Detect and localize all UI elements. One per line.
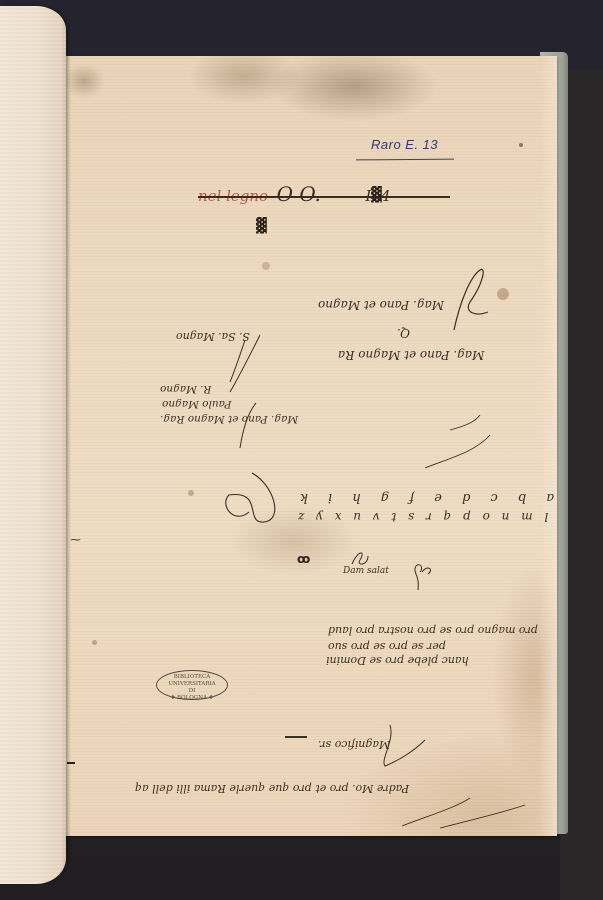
verse-line3: pro magno pro se pro nostra pro laud: [328, 624, 538, 637]
flourish-stroke: [210, 330, 270, 400]
stamp-line2: DI: [157, 688, 227, 695]
foxing-spot: [497, 288, 509, 300]
verse-line1: hanc plebe pro se Domini: [326, 654, 469, 667]
inscription-mid-left2-line1: Mag. Pano et Magno Rag.: [160, 413, 298, 425]
stamp-line3: ✚ BOLOGNA ✚: [157, 695, 227, 702]
inscription-top-right-line2: Q.: [397, 326, 410, 340]
dash-mark: [285, 736, 307, 738]
verse-line2: per se pro se pro suo: [328, 640, 446, 653]
pen-trial-mark: ꝏ: [297, 552, 310, 566]
foxing-spot: [92, 640, 97, 645]
alphabet-line1: a b c d e f g h i k: [292, 490, 554, 505]
flourish-stroke: [440, 262, 490, 337]
pen-trial-flourish: [348, 546, 372, 570]
strike-through-line: [198, 196, 450, 198]
inscription-top-right-line1: Mag. Pano et Magno: [318, 298, 444, 312]
pen-trial-curl: [410, 560, 436, 592]
foxing-spot: [262, 262, 270, 270]
flourish-stroke: [234, 400, 264, 450]
bottom-inscription-line2: Padre Mo. pro et pro que querle Rama ill…: [135, 782, 409, 795]
stamp-line1: BIBLIOTECA UNIVERSITARIA: [157, 674, 227, 688]
foxing-spot: [188, 490, 194, 496]
page-edge-highlight: [539, 56, 557, 836]
pen-stroke: [420, 410, 500, 470]
crossed-out-mark-below: ▓: [256, 218, 267, 234]
foxing-spot: [519, 143, 523, 147]
left-blank-page: [0, 6, 66, 884]
margin-mark: [67, 762, 75, 764]
flourish-stroke: [370, 720, 430, 770]
margin-mark: ⁓: [70, 533, 81, 546]
pen-stroke: [400, 790, 530, 830]
shelfmark-label: Raro E. 13: [371, 137, 438, 152]
manuscript-photo: Raro E. 13 nel legno O O. I. 4 ▓ ▓ Mag. …: [0, 0, 603, 900]
struck-through-note: nel legno O O. I. 4: [198, 182, 390, 206]
inscription-mid-left2-line2: Paulo Magno: [162, 398, 231, 410]
black-ink-text: O O.: [277, 182, 321, 206]
large-loop-flourish: [224, 470, 284, 530]
alphabet-line2: l m n o p q r s t v u x y z: [294, 510, 548, 524]
inscription-top-right-line3: Mag. Pano et Magno Ra: [338, 348, 484, 362]
crossed-out-mark: ▓: [371, 187, 382, 203]
inscription-mid-left2-line3: R. Magno: [160, 383, 211, 395]
library-stamp: BIBLIOTECA UNIVERSITARIA DI ✚ BOLOGNA ✚: [156, 670, 228, 700]
